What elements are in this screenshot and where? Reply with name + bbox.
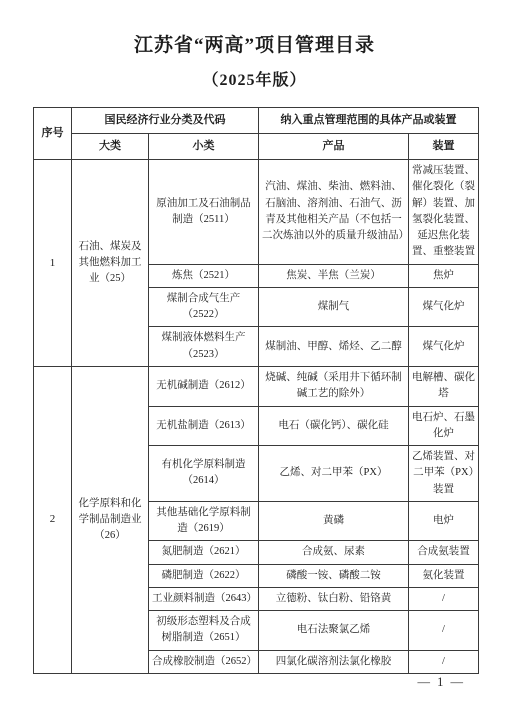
cell-device: 电炉	[409, 501, 479, 541]
header-minor-category: 小类	[149, 134, 259, 160]
cell-device: 煤气化炉	[409, 327, 479, 367]
cell-device: 常减压装置、催化裂化（裂解）装置、加氢裂化装置、延迟焦化装置、重整装置	[409, 160, 479, 265]
document-page: { "page": { "title": "江苏省“两高”项目管理目录", "s…	[0, 0, 509, 708]
page-number: — 1 —	[418, 675, 466, 690]
header-industry-group: 国民经济行业分类及代码	[72, 108, 259, 134]
cell-device: /	[409, 650, 479, 673]
header-scope-group: 纳入重点管理范围的具体产品或装置	[259, 108, 479, 134]
cell-device: 焦炉	[409, 264, 479, 287]
cell-product: 煤制油、甲醇、烯烃、乙二醇	[259, 327, 409, 367]
cell-minor: 氮肥制造（2621）	[149, 541, 259, 564]
cell-minor: 煤制液体燃料生产（2523）	[149, 327, 259, 367]
cell-minor: 煤制合成气生产（2522）	[149, 287, 259, 327]
cell-product: 煤制气	[259, 287, 409, 327]
page-subtitle: （2025年版）	[0, 67, 509, 90]
header-row-1: 序号 国民经济行业分类及代码 纳入重点管理范围的具体产品或装置	[34, 108, 479, 134]
cell-product: 焦炭、半焦（兰炭）	[259, 264, 409, 287]
header-row-2: 大类 小类 产品 装置	[34, 134, 479, 160]
cell-product: 立德粉、钛白粉、铅铬黄	[259, 587, 409, 610]
cell-device: 合成氨装置	[409, 541, 479, 564]
table-row: 2化学原料和化学制品制造业（26）无机碱制造（2612）烧碱、纯碱（采用井下循环…	[34, 367, 479, 407]
cell-minor: 无机碱制造（2612）	[149, 367, 259, 407]
cell-device: 电解槽、碳化塔	[409, 367, 479, 407]
cell-device: /	[409, 587, 479, 610]
table-header: 序号 国民经济行业分类及代码 纳入重点管理范围的具体产品或装置 大类 小类 产品…	[34, 108, 479, 160]
cell-device: 电石炉、石墨化炉	[409, 406, 479, 446]
cell-product: 汽油、煤油、柴油、燃料油、石脑油、溶剂油、石油气、沥青及其他相关产品（不包括一二…	[259, 160, 409, 265]
cell-device: 氨化装置	[409, 564, 479, 587]
cell-product: 黄磷	[259, 501, 409, 541]
cell-minor: 工业颜料制造（2643）	[149, 587, 259, 610]
cell-minor: 合成橡胶制造（2652）	[149, 650, 259, 673]
cell-minor: 原油加工及石油制品制造（2511）	[149, 160, 259, 265]
cell-product: 乙烯、对二甲苯（PX）	[259, 446, 409, 502]
header-product: 产品	[259, 134, 409, 160]
cell-product: 电石（碳化钙）、碳化硅	[259, 406, 409, 446]
cell-minor: 磷肥制造（2622）	[149, 564, 259, 587]
cell-minor: 其他基础化学原料制造（2619）	[149, 501, 259, 541]
cell-minor: 初级形态塑料及合成树脂制造（2651）	[149, 611, 259, 651]
table-body: 1石油、煤炭及其他燃料加工业（25）原油加工及石油制品制造（2511）汽油、煤油…	[34, 160, 479, 674]
cell-minor: 炼焦（2521）	[149, 264, 259, 287]
cell-product: 电石法聚氯乙烯	[259, 611, 409, 651]
group-major-category: 石油、煤炭及其他燃料加工业（25）	[72, 160, 149, 367]
cell-device: 煤气化炉	[409, 287, 479, 327]
header-major-category: 大类	[72, 134, 149, 160]
group-index: 2	[34, 367, 72, 674]
table-row: 1石油、煤炭及其他燃料加工业（25）原油加工及石油制品制造（2511）汽油、煤油…	[34, 160, 479, 265]
cell-device: 乙烯装置、对二甲苯（PX）装置	[409, 446, 479, 502]
cell-product: 合成氨、尿素	[259, 541, 409, 564]
cell-minor: 无机盐制造（2613）	[149, 406, 259, 446]
header-device: 装置	[409, 134, 479, 160]
group-index: 1	[34, 160, 72, 367]
cell-product: 磷酸一铵、磷酸二铵	[259, 564, 409, 587]
group-major-category: 化学原料和化学制品制造业（26）	[72, 367, 149, 674]
cell-product: 四氯化碳溶剂法氯化橡胶	[259, 650, 409, 673]
cell-minor: 有机化学原料制造（2614）	[149, 446, 259, 502]
page-title: 江苏省“两高”项目管理目录	[0, 30, 509, 57]
cell-device: /	[409, 611, 479, 651]
header-index: 序号	[34, 108, 72, 160]
catalog-table: 序号 国民经济行业分类及代码 纳入重点管理范围的具体产品或装置 大类 小类 产品…	[33, 107, 479, 674]
cell-product: 烧碱、纯碱（采用井下循环制碱工艺的除外）	[259, 367, 409, 407]
